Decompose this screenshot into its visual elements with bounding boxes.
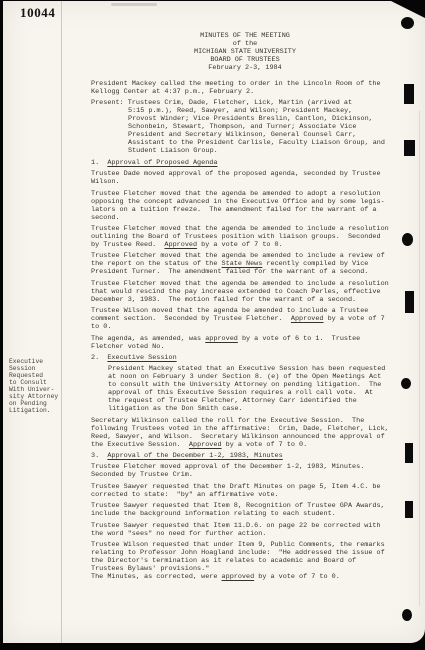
para-agenda-as-amended-approved: The agenda, as amended, was approved by … [91, 335, 399, 351]
para-executive-session-request: President Mackey stated that an Executiv… [108, 365, 399, 413]
margin-note: Executive Session Requested to Consult W… [9, 358, 65, 414]
para-sawyer-item8-gpa-awards: Trustee Sawyer requested that Item 8, Re… [91, 502, 399, 518]
heading-3-approval-of-minutes: 3. Approval of the December 1-2, 1983, M… [91, 452, 399, 460]
para-trustee-comment-amendment: Trustee Wilson moved that the agenda be … [91, 307, 399, 331]
para-fletcher-moved-minutes-approval: Trustee Fletcher moved approval of the D… [91, 463, 399, 479]
para-dade-moved-approval: Trustee Dade moved approval of the propo… [91, 170, 399, 186]
punch-hole-dot-mark [402, 233, 413, 246]
scanned-page: 10044 MINUTES OF THE MEETING of the MICH… [0, 0, 425, 650]
para-wilson-item9-and-minutes-approved: Trustee Wilson requested that under Item… [91, 541, 399, 581]
punch-hole-dot-mark [401, 378, 411, 389]
para-present: Present: Trustees Crim, Dade, Fletcher, … [91, 99, 399, 155]
para-sawyer-item-11d6: Trustee Sawyer requested that Item 11.D.… [91, 522, 399, 538]
para-tuition-freeze-amendment: Trustee Fletcher moved that the agenda b… [91, 190, 399, 222]
heading-1-approval-of-proposed-agenda: 1. Approval of Proposed Agenda [91, 159, 399, 167]
binding-bar-mark [405, 501, 413, 518]
paper-sheet: 10044 MINUTES OF THE MEETING of the MICH… [3, 1, 425, 643]
left-fold-line [61, 1, 62, 643]
document-text-column: MINUTES OF THE MEETING of the MICHIGAN S… [91, 32, 399, 584]
para-coach-perles-amendment: Trustee Fletcher moved that the agenda b… [91, 280, 399, 304]
para-state-news-amendment: Trustee Fletcher moved that the agenda b… [91, 252, 399, 276]
para-call-to-order: President Mackey called the meeting to o… [91, 80, 399, 96]
document-header: MINUTES OF THE MEETING of the MICHIGAN S… [91, 32, 399, 72]
punch-hole-dot-mark [401, 17, 414, 29]
page-number-stamp: 10044 [20, 5, 56, 21]
punch-hole-dot-mark [402, 609, 412, 621]
binding-bar-mark [405, 291, 414, 313]
para-sawyer-correction-page5: Trustee Sawyer requested that the Draft … [91, 483, 399, 499]
para-liaison-groups-amendment: Trustee Fletcher moved that the agenda b… [91, 225, 399, 249]
para-roll-call-executive-session: Secretary Wilkinson called the roll for … [91, 417, 399, 449]
binding-bar-mark [404, 140, 415, 156]
right-page-curve [419, 111, 420, 606]
heading-2-executive-session: 2. Executive Session [91, 354, 399, 362]
binding-bar-mark [405, 443, 413, 463]
binding-bar-mark [404, 84, 414, 104]
document-body: President Mackey called the meeting to o… [91, 80, 399, 581]
scan-smudge [111, 3, 157, 6]
